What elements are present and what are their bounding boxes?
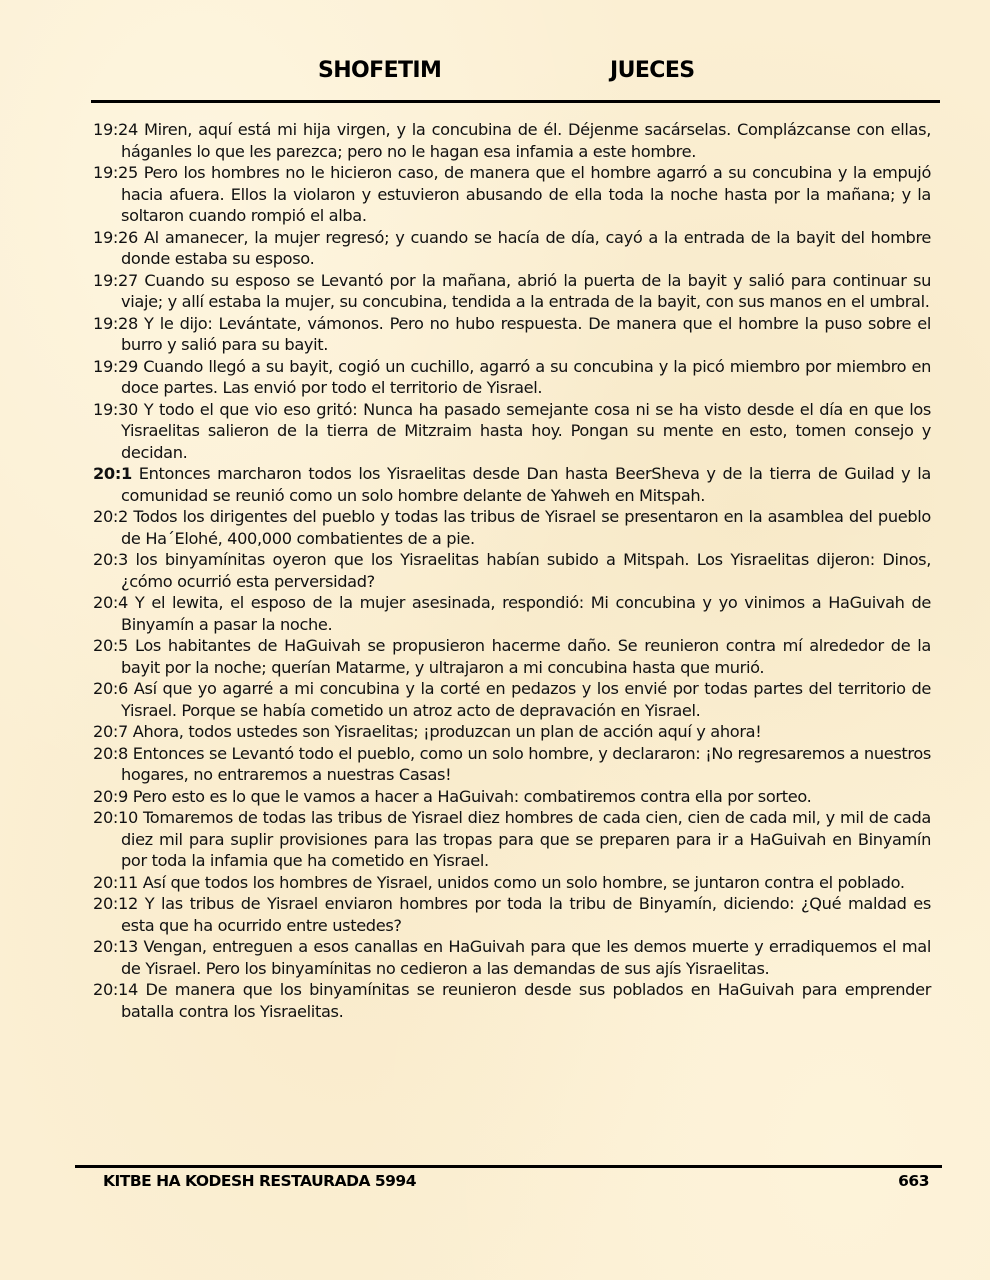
verse: 20:7 Ahora, todos ustedes son Yisraelita… — [93, 721, 931, 743]
verse: 19:25 Pero los hombres no le hicieron ca… — [93, 162, 931, 227]
verse: 20:4 Y el lewita, el esposo de la mujer … — [93, 592, 931, 635]
verse-reference: 19:24 — [93, 120, 138, 139]
verse-reference: 19:30 — [93, 400, 138, 419]
verse-text: Pero los hombres no le hicieron caso, de… — [121, 163, 931, 225]
verse-reference: 19:25 — [93, 163, 138, 182]
verse-reference: 20:7 — [93, 722, 128, 741]
verse-text: Pero esto es lo que le vamos a hacer a H… — [133, 787, 812, 806]
verse: 20:5 Los habitantes de HaGuivah se propu… — [93, 635, 931, 678]
header-book-name-spanish: JUECES — [610, 58, 695, 83]
running-header: SHOFETIM JUECES — [0, 58, 990, 90]
verse: 20:14 De manera que los binyamínitas se … — [93, 979, 931, 1022]
verse: 20:2 Todos los dirigentes del pueblo y t… — [93, 506, 931, 549]
footer-divider — [75, 1165, 942, 1168]
verse: 19:29 Cuando llegó a su bayit, cogió un … — [93, 356, 931, 399]
verse: 20:6 Así que yo agarré a mi concubina y … — [93, 678, 931, 721]
verse-text: Y el lewita, el esposo de la mujer asesi… — [121, 593, 931, 634]
verse-text: Miren, aquí está mi hija virgen, y la co… — [121, 120, 931, 161]
verse: 20:11 Así que todos los hombres de Yisra… — [93, 872, 931, 894]
verse: 19:24 Miren, aquí está mi hija virgen, y… — [93, 119, 931, 162]
verse-reference: 20:3 — [93, 550, 128, 569]
verse-text: Así que todos los hombres de Yisrael, un… — [143, 873, 905, 892]
verse-text: Cuando su esposo se Levantó por la mañan… — [121, 271, 931, 312]
verse-reference: 19:27 — [93, 271, 138, 290]
verse-reference: 20:10 — [93, 808, 138, 827]
verse-reference: 19:29 — [93, 357, 138, 376]
verse-text: Y le dijo: Levántate, vámonos. Pero no h… — [121, 314, 931, 355]
verse-text: Ahora, todos ustedes son Yisraelitas; ¡p… — [133, 722, 762, 741]
verse: 20:13 Vengan, entreguen a esos canallas … — [93, 936, 931, 979]
verse-reference: 20:2 — [93, 507, 128, 526]
verse-text: Así que yo agarré a mi concubina y la co… — [121, 679, 931, 720]
verse-text: Y las tribus de Yisrael enviaron hombres… — [121, 894, 931, 935]
verse: 20:3 los binyamínitas oyeron que los Yis… — [93, 549, 931, 592]
verse-text: Y todo el que vio eso gritó: Nunca ha pa… — [121, 400, 931, 462]
verse-reference: 20:4 — [93, 593, 128, 612]
verse: 20:10 Tomaremos de todas las tribus de Y… — [93, 807, 931, 872]
verse-text: Al amanecer, la mujer regresó; y cuando … — [121, 228, 931, 269]
verse-reference: 20:5 — [93, 636, 128, 655]
verse: 19:28 Y le dijo: Levántate, vámonos. Per… — [93, 313, 931, 356]
verse-reference: 19:28 — [93, 314, 138, 333]
verse-text: Entonces marcharon todos los Yisraelitas… — [121, 464, 931, 505]
verse-list: 19:24 Miren, aquí está mi hija virgen, y… — [93, 119, 931, 1022]
verse-reference: 20:6 — [93, 679, 128, 698]
verse-text: Cuando llegó a su bayit, cogió un cuchil… — [121, 357, 931, 398]
page-number: 663 — [898, 1172, 929, 1190]
verse-text: De manera que los binyamínitas se reunie… — [121, 980, 931, 1021]
verse-reference: 20:1 — [93, 464, 132, 483]
verse-reference: 20:9 — [93, 787, 128, 806]
header-divider — [91, 100, 940, 103]
verse-reference: 20:12 — [93, 894, 138, 913]
verse-text: Entonces se Levantó todo el pueblo, como… — [121, 744, 931, 785]
verse: 19:30 Y todo el que vio eso gritó: Nunca… — [93, 399, 931, 464]
verse-text: Tomaremos de todas las tribus de Yisrael… — [121, 808, 931, 870]
verse: 20:12 Y las tribus de Yisrael enviaron h… — [93, 893, 931, 936]
verse-reference: 20:11 — [93, 873, 138, 892]
verse-reference: 19:26 — [93, 228, 138, 247]
verse-reference: 20:8 — [93, 744, 128, 763]
verse-text: Vengan, entreguen a esos canallas en HaG… — [121, 937, 931, 978]
verse-reference: 20:14 — [93, 980, 138, 999]
verse-text: los binyamínitas oyeron que los Yisraeli… — [121, 550, 931, 591]
verse: 20:1 Entonces marcharon todos los Yisrae… — [93, 463, 931, 506]
document-page: SHOFETIM JUECES 19:24 Miren, aquí está m… — [0, 0, 990, 1280]
verse: 20:8 Entonces se Levantó todo el pueblo,… — [93, 743, 931, 786]
verse-text: Todos los dirigentes del pueblo y todas … — [121, 507, 931, 548]
verse: 19:26 Al amanecer, la mujer regresó; y c… — [93, 227, 931, 270]
verse-reference: 20:13 — [93, 937, 138, 956]
footer-book-title: KITBE HA KODESH RESTAURADA 5994 — [103, 1172, 416, 1190]
verse: 20:9 Pero esto es lo que le vamos a hace… — [93, 786, 931, 808]
header-book-name-hebrew: SHOFETIM — [318, 58, 441, 83]
verse-text: Los habitantes de HaGuivah se propusiero… — [121, 636, 931, 677]
verse: 19:27 Cuando su esposo se Levantó por la… — [93, 270, 931, 313]
